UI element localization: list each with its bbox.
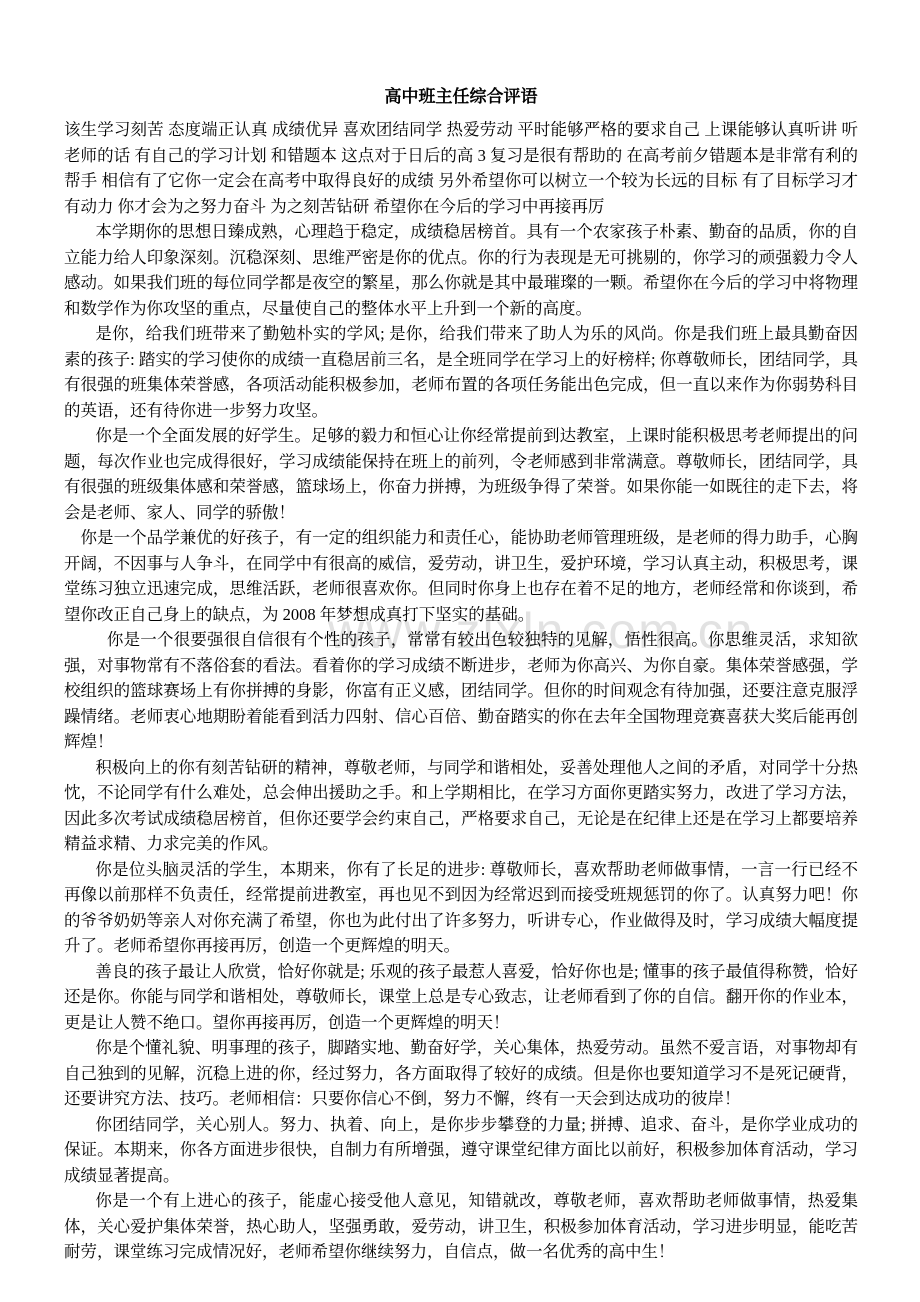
- paragraph-mature-thought-comment: 本学期你的思想日臻成熟，心理趋于稳定，成绩稳居榜首。具有一个农家孩子朴素、勤奋的…: [64, 219, 858, 321]
- paragraph-unity-progress-comment: 你团结同学，关心别人。努力、执着、向上，是你步步攀登的力量; 拼搏、追求、奋斗，…: [64, 1112, 858, 1189]
- paragraph-all-round-student-comment: 你是一个全面发展的好学生。足够的毅力和恒心让你经常提前到达教室，上课时能积极思考…: [64, 423, 858, 525]
- paragraph-student-overall-comment: 该生学习刻苦 态度端正认真 成绩优异 喜欢团结同学 热爱劳动 平时能够严格的要求…: [64, 117, 858, 219]
- document-body: 高中班主任综合评语 该生学习刻苦 态度端正认真 成绩优异 喜欢团结同学 热爱劳动…: [64, 86, 858, 1265]
- document-title: 高中班主任综合评语: [64, 86, 858, 108]
- document-page: www.zlxln.com.cn 高中班主任综合评语 该生学习刻苦 态度端正认真…: [0, 0, 920, 1302]
- paragraph-confident-child-comment: 你是一个很要强很自信很有个性的孩子，常常有较出色较独特的见解，悟性很高。你思维灵…: [64, 627, 858, 755]
- paragraph-good-character-comment: 你是一个品学兼优的好孩子，有一定的组织能力和责任心，能协助老师管理班级，是老师的…: [64, 525, 858, 627]
- paragraph-positive-spirit-comment: 积极向上的你有刻苦钻研的精神，尊敬老师，与同学和谐相处，妥善处理他人之间的矛盾，…: [64, 755, 858, 857]
- paragraph-diligent-style-comment: 是你，给我们班带来了勤勉朴实的学风; 是你，给我们带来了助人为乐的风尚。你是我们…: [64, 321, 858, 423]
- paragraph-ambitious-child-comment: 你是一个有上进心的孩子，能虚心接受他人意见，知错就改，尊敬老师，喜欢帮助老师做事…: [64, 1188, 858, 1265]
- paragraph-flexible-mind-comment: 你是位头脑灵活的学生，本期来，你有了长足的进步: 尊敬师长，喜欢帮助老师做事情，…: [64, 857, 858, 959]
- paragraph-kind-child-comment: 善良的孩子最让人欣赏，恰好你就是; 乐观的孩子最惹人喜爱，恰好你也是; 懂事的孩…: [64, 959, 858, 1036]
- paragraph-polite-child-comment: 你是个懂礼貌、明事理的孩子，脚踏实地、勤奋好学，关心集体，热爱劳动。虽然不爱言语…: [64, 1035, 858, 1112]
